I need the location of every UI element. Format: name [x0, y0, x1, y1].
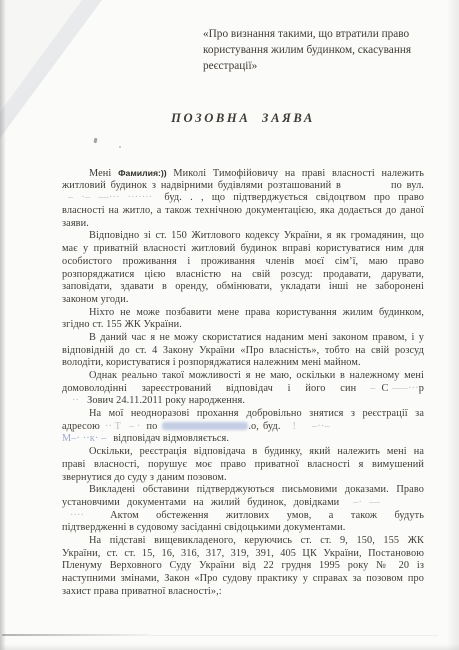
gap [356, 390, 370, 391]
text-line: установчими документами на жилий будинок… [62, 497, 424, 510]
text-line: підтвердженні в судовому засіданні свідо… [62, 522, 424, 535]
text-run: Пленуму Верховного Суду України від 22 г… [62, 560, 424, 571]
ink-smudge [162, 422, 248, 430]
gap [341, 187, 391, 188]
text-run: захист права приватної власності»,: [62, 586, 222, 597]
text-run: Актом обстеження житлових умов, а також … [110, 510, 424, 521]
text-line: Відповідно зі ст. 150 Житлового кодексу … [62, 230, 424, 243]
erased-text: ! [293, 421, 297, 432]
text-run: буд. [263, 421, 281, 432]
text-line: М–· ··к· –відповідач відмовляється. [62, 433, 424, 446]
gap [62, 517, 70, 518]
text-line: Пленуму Верховного Суду України від 22 г… [62, 560, 424, 573]
text-line: заповідати, здавати в оренду, обмінювати… [62, 281, 424, 294]
quote-line: реєстрації» [203, 59, 429, 75]
scan-artifact-line-faint [150, 635, 438, 636]
text-run: по [146, 421, 157, 432]
gap [296, 428, 312, 429]
text-run: наступними змінами, Закон «Про судову пр… [62, 573, 424, 584]
scanned-document-page: «Про визнання такими, що втратили право … [0, 0, 459, 650]
paragraph: Оскільки, реєстрація відповідача в будин… [62, 446, 424, 484]
erased-text: – ·– ––··· ······· [68, 192, 152, 203]
text-run: .о, [248, 421, 259, 432]
text-run: Ніхто не може позбавити мене права корис… [89, 307, 424, 318]
text-line: згідно ст. 155 ЖК України. [62, 319, 424, 332]
scan-speck [93, 138, 97, 144]
text-run: Миколі Тимофійовичу на праві власності н… [167, 168, 424, 179]
text-run: відповідач відмовляється. [113, 433, 229, 444]
erased-text-blue: М–· ··к· – [62, 433, 106, 444]
text-run: адресою [62, 421, 100, 432]
text-run: по вул. [391, 180, 424, 191]
text-run: заяви. [62, 218, 89, 229]
text-run: В даний час я не можу скористатися надан… [89, 332, 424, 343]
text-run: добровільно знятися з реєстрації за [247, 408, 424, 419]
paragraph: На підставі вищевикладеного, керуючись с… [62, 535, 424, 598]
text-line: законом угоди. [62, 294, 424, 307]
text-line: особистого проживання і проживання члені… [62, 256, 424, 269]
erased-text: –··– [312, 421, 330, 432]
text-run: підтвердженні в судовому засіданні свідо… [62, 522, 345, 533]
text-line: Ніхто не може позбавити мене права корис… [62, 307, 424, 320]
text-line: домоволодінні зареєстрований відповідач … [62, 383, 424, 396]
text-line: Викладені обставини підтверджуються пись… [62, 484, 424, 497]
paragraph: Однак реально такої можливості я не маю,… [62, 370, 424, 408]
text-line: На підставі вищевикладеного, керуючись с… [62, 535, 424, 548]
text-line: наступними змінами, Закон «Про судову пр… [62, 573, 424, 586]
text-run: житловий будинок з надвірними будівлями … [62, 180, 341, 191]
erased-text: – [370, 383, 375, 394]
erased-text: ···· [70, 510, 84, 521]
text-line: – ·– ––··· ·······буд. . , що підтверджу… [62, 192, 424, 205]
text-line: розпоряджатися цією власністю на свій ро… [62, 269, 424, 282]
text-line: власності на житло, а також технічною до… [62, 205, 424, 218]
scan-artifact-line [2, 634, 150, 636]
document-title: ПОЗОВНА ЗАЯВА [62, 111, 424, 126]
text-line: відповідній до ст. 4 Закону України «Про… [62, 345, 424, 358]
text-run: Оскільки, реєстрація відповідача в будин… [89, 446, 424, 457]
erased-text: ·· [72, 395, 79, 406]
paragraph: Ніхто не може позбавити мене права корис… [62, 307, 424, 332]
text-run: відповідній до ст. 4 Закону України «Про… [62, 345, 424, 356]
text-run: звернутися до суду з даним позовом. [62, 472, 227, 483]
text-line: має у приватній власності житловий будин… [62, 243, 424, 256]
text-line: В даний час я не можу скористатися надан… [62, 332, 424, 345]
text-run: установчими документами на жилий будинок… [62, 497, 339, 508]
text-run: розпоряджатися цією власністю на свій ро… [62, 269, 424, 280]
text-run: володіти, користуватися і розпоряджатися… [62, 357, 361, 368]
case-subject-quote: «Про визнання такими, що втратили право … [203, 27, 429, 74]
gap [339, 504, 353, 505]
text-run: р [419, 383, 424, 394]
text-line: ··Зович 24.11.2011 року народження. [62, 395, 424, 408]
text-line: На мої неодноразові проханнядобровільно … [62, 408, 424, 421]
gap [239, 415, 247, 416]
text-run: На підставі вищевикладеного, керуючись с… [89, 535, 424, 546]
text-run: має у приватній власності житловий будин… [62, 243, 424, 254]
text-run: України, ст. ст. 15, 16, 316, 317, 319, … [62, 548, 424, 559]
gap [121, 428, 129, 429]
text-line: Мені Фамилия:)) Миколі Тимофійовичу на п… [62, 167, 424, 180]
erased-text: –· –– [353, 497, 379, 508]
text-run: власності на житло, а також технічною до… [62, 205, 424, 216]
text-run: Зович 24.11.2011 року народження. [87, 395, 245, 406]
text-line: звернутися до суду з даним позовом. [62, 472, 424, 485]
quote-line: «Про визнання такими, що втратили право [203, 27, 429, 43]
erased-text: –––··· [392, 383, 418, 394]
text-run: заповідати, здавати в оренду, обмінювати… [62, 281, 424, 292]
text-line: захист права приватної власності»,: [62, 586, 424, 599]
gap [281, 428, 293, 429]
scan-speck [119, 146, 121, 148]
gap [79, 402, 87, 403]
paragraph: Мені Фамилия:)) Миколі Тимофійовичу на п… [62, 167, 424, 230]
erased-text: – · [129, 421, 140, 432]
quote-line: користування жилим будинком, скасування [203, 43, 429, 59]
text-run: згідно ст. 155 ЖК України. [62, 319, 182, 330]
paragraph: На мої неодноразові проханнядобровільно … [62, 408, 424, 446]
text-run: С [381, 383, 388, 394]
document-body: Мені Фамилия:)) Миколі Тимофійовичу на п… [62, 167, 424, 598]
paragraph: В даний час я не можу скористатися надан… [62, 332, 424, 370]
scan-edge-shadow-left [0, 0, 6, 650]
gap [62, 402, 72, 403]
text-line: Оскільки, реєстрація відповідача в будин… [62, 446, 424, 459]
text-run: особистого проживання і проживання члені… [62, 256, 424, 267]
paragraph: Відповідно зі ст. 150 Житлового кодексу … [62, 230, 424, 306]
text-run: Однак реально такої можливості я не маю,… [89, 370, 424, 381]
redaction-label: Фамилия:)) [118, 168, 167, 178]
text-line: житловий будинок з надвірними будівлями … [62, 180, 424, 193]
text-run: Відповідно зі ст. 150 Житлового кодексу … [89, 230, 424, 241]
scan-edge-shadow-bottom [0, 644, 459, 650]
text-run: домоволодінні зареєстрований відповідач … [62, 383, 356, 394]
text-run: Викладені обставини підтверджуються пись… [89, 484, 424, 495]
text-line: адресою·· Т– ·по.о,буд.!–··– [62, 421, 424, 434]
text-line: заяви. [62, 218, 424, 231]
gap [84, 517, 110, 518]
text-run: буд. . , що підтверджується свідоцтвом п… [164, 192, 424, 203]
text-run: Мені [89, 168, 118, 179]
text-line: ····Актом обстеження житлових умов, а та… [62, 510, 424, 523]
erased-text: ·· Т [105, 421, 121, 432]
text-run: законом угоди. [62, 294, 129, 305]
text-line: володіти, користуватися і розпоряджатися… [62, 357, 424, 370]
gap [152, 199, 164, 200]
text-run: праві власності, порушує моє право прива… [62, 459, 424, 470]
text-run: На мої неодноразові прохання [89, 408, 239, 419]
paragraph: Викладені обставини підтверджуються пись… [62, 484, 424, 535]
text-line: України, ст. ст. 15, 16, 316, 317, 319, … [62, 548, 424, 561]
scan-edge-shadow-right [447, 0, 459, 650]
text-line: Однак реально такої можливості я не маю,… [62, 370, 424, 383]
text-line: праві власності, порушує моє право прива… [62, 459, 424, 472]
